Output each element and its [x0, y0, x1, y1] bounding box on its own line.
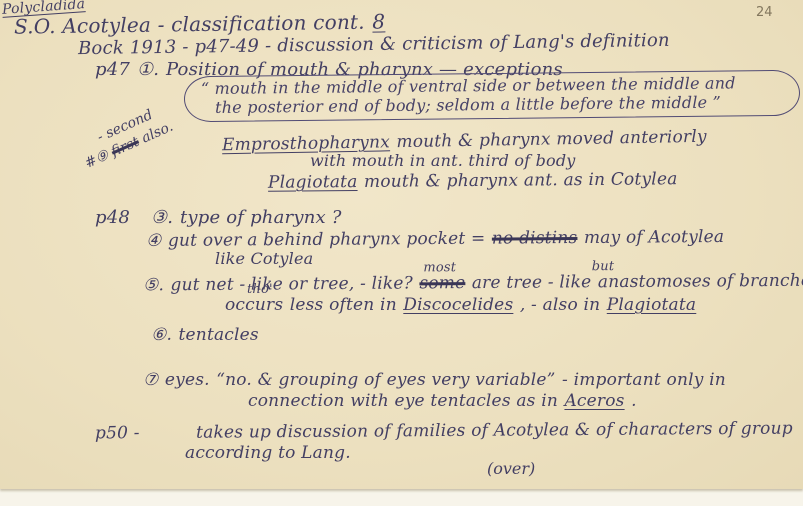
- item5-line: ⑤. gut net - like or tree, - like? mosts…: [143, 271, 803, 296]
- item3-number: ③.: [151, 207, 173, 228]
- item5-cont-occurs: tho'occurs: [225, 295, 283, 315]
- item5-cont-pre-text: occurs: [225, 295, 283, 315]
- p47-page-label: p47: [95, 59, 130, 80]
- item7-line: ⑦ eyes. “no. & grouping of eyes very var…: [143, 370, 726, 390]
- p50-cont-line: according to Lang.: [185, 443, 351, 463]
- item4-struck-text: no distins: [492, 228, 578, 249]
- emprosthopharynx-cont-text: with mouth in ant. third of body: [310, 151, 576, 170]
- item4-number: ④: [146, 231, 162, 251]
- p50-text-2: according to Lang.: [185, 443, 351, 463]
- item5-struck-word: some: [419, 273, 465, 293]
- item6-line: ⑥. tentacles: [151, 325, 259, 345]
- p48-page-label: p48: [95, 207, 130, 228]
- p50-line: p50 - takes up discussion of families of…: [95, 419, 793, 444]
- p48-item3-line: p48 ③. type of pharynx ?: [95, 207, 342, 228]
- discocelides-term: Discocelides: [403, 295, 513, 315]
- plagiotata-term-2: Plagiotata: [607, 295, 697, 315]
- item5-inserted-but: but: [592, 259, 615, 274]
- scanned-note-card: Polycladida S.O. Acotylea - classificati…: [0, 0, 803, 506]
- item3-text: type of pharynx ?: [180, 207, 342, 228]
- item5-pre-text: gut net - like or tree, - like?: [170, 273, 413, 295]
- item5-number: ⑤.: [143, 275, 164, 295]
- item6-number: ⑥.: [151, 325, 172, 345]
- aceros-term: Aceros: [564, 391, 624, 411]
- plagiotata-line: Plagiotata mouth & pharynx ant. as in Co…: [268, 169, 678, 193]
- plagiotata-term: Plagiotata: [268, 172, 358, 193]
- item7-rest-text: - important only in: [562, 370, 726, 390]
- item7-quote-text: “no. & grouping of eyes very variable”: [216, 370, 555, 390]
- item5-inserted-tho: tho': [247, 282, 273, 297]
- item5-correction: mostsome: [419, 273, 465, 293]
- quote-bubble: “ mouth in the middle of ventral side or…: [184, 70, 800, 122]
- p50-page-label: p50 -: [95, 423, 140, 443]
- item7-label: eyes.: [165, 370, 210, 390]
- item1-number: ①.: [137, 59, 159, 80]
- item6-text: tentacles: [179, 325, 259, 345]
- index-card: Polycladida S.O. Acotylea - classificati…: [0, 0, 803, 489]
- item5-cont-sep-text: , - also in: [520, 295, 600, 315]
- item4-line: ④ gut over a behind pharynx pocket = no …: [146, 227, 724, 251]
- item5-mid-text: are tree - like: [472, 272, 592, 293]
- margin-note: - second #⑨ first also.: [74, 100, 176, 173]
- plagiotata-text: mouth & pharynx ant. as in Cotylea: [364, 169, 678, 192]
- item5-cont-line: tho'occurs less often in Discocelides , …: [225, 295, 696, 315]
- item5-inserted-word: most: [423, 260, 456, 275]
- item7-cont-text: connection with eye tentacles as in: [248, 391, 558, 411]
- item4-pre-text: gut over a behind pharynx pocket =: [168, 229, 486, 251]
- emprosthopharynx-cont-line: with mouth in ant. third of body: [310, 151, 576, 170]
- item7-cont-period: .: [631, 391, 637, 411]
- over-note: (over): [487, 459, 535, 478]
- item7-cont-line: connection with eye tentacles as in Acer…: [248, 391, 637, 411]
- page-number: 24: [756, 5, 773, 20]
- item5-cont-mid-text: less often in: [290, 295, 397, 315]
- emprosthopharynx-text: mouth & pharynx moved anteriorly: [396, 127, 707, 152]
- item7-number: ⑦: [143, 370, 158, 390]
- item4-cont-line: like Cotylea: [215, 249, 313, 268]
- item4-cont-text: like Cotylea: [215, 249, 313, 268]
- item4-post-text: may of Acotylea: [584, 227, 724, 248]
- card-title-mark: 8: [372, 9, 385, 33]
- item5-post-text: anastomoses of branches: [598, 271, 803, 293]
- p50-text-1: takes up discussion of families of Acoty…: [196, 419, 793, 443]
- item5-insertion-but: butanastomoses of branches: [598, 271, 803, 293]
